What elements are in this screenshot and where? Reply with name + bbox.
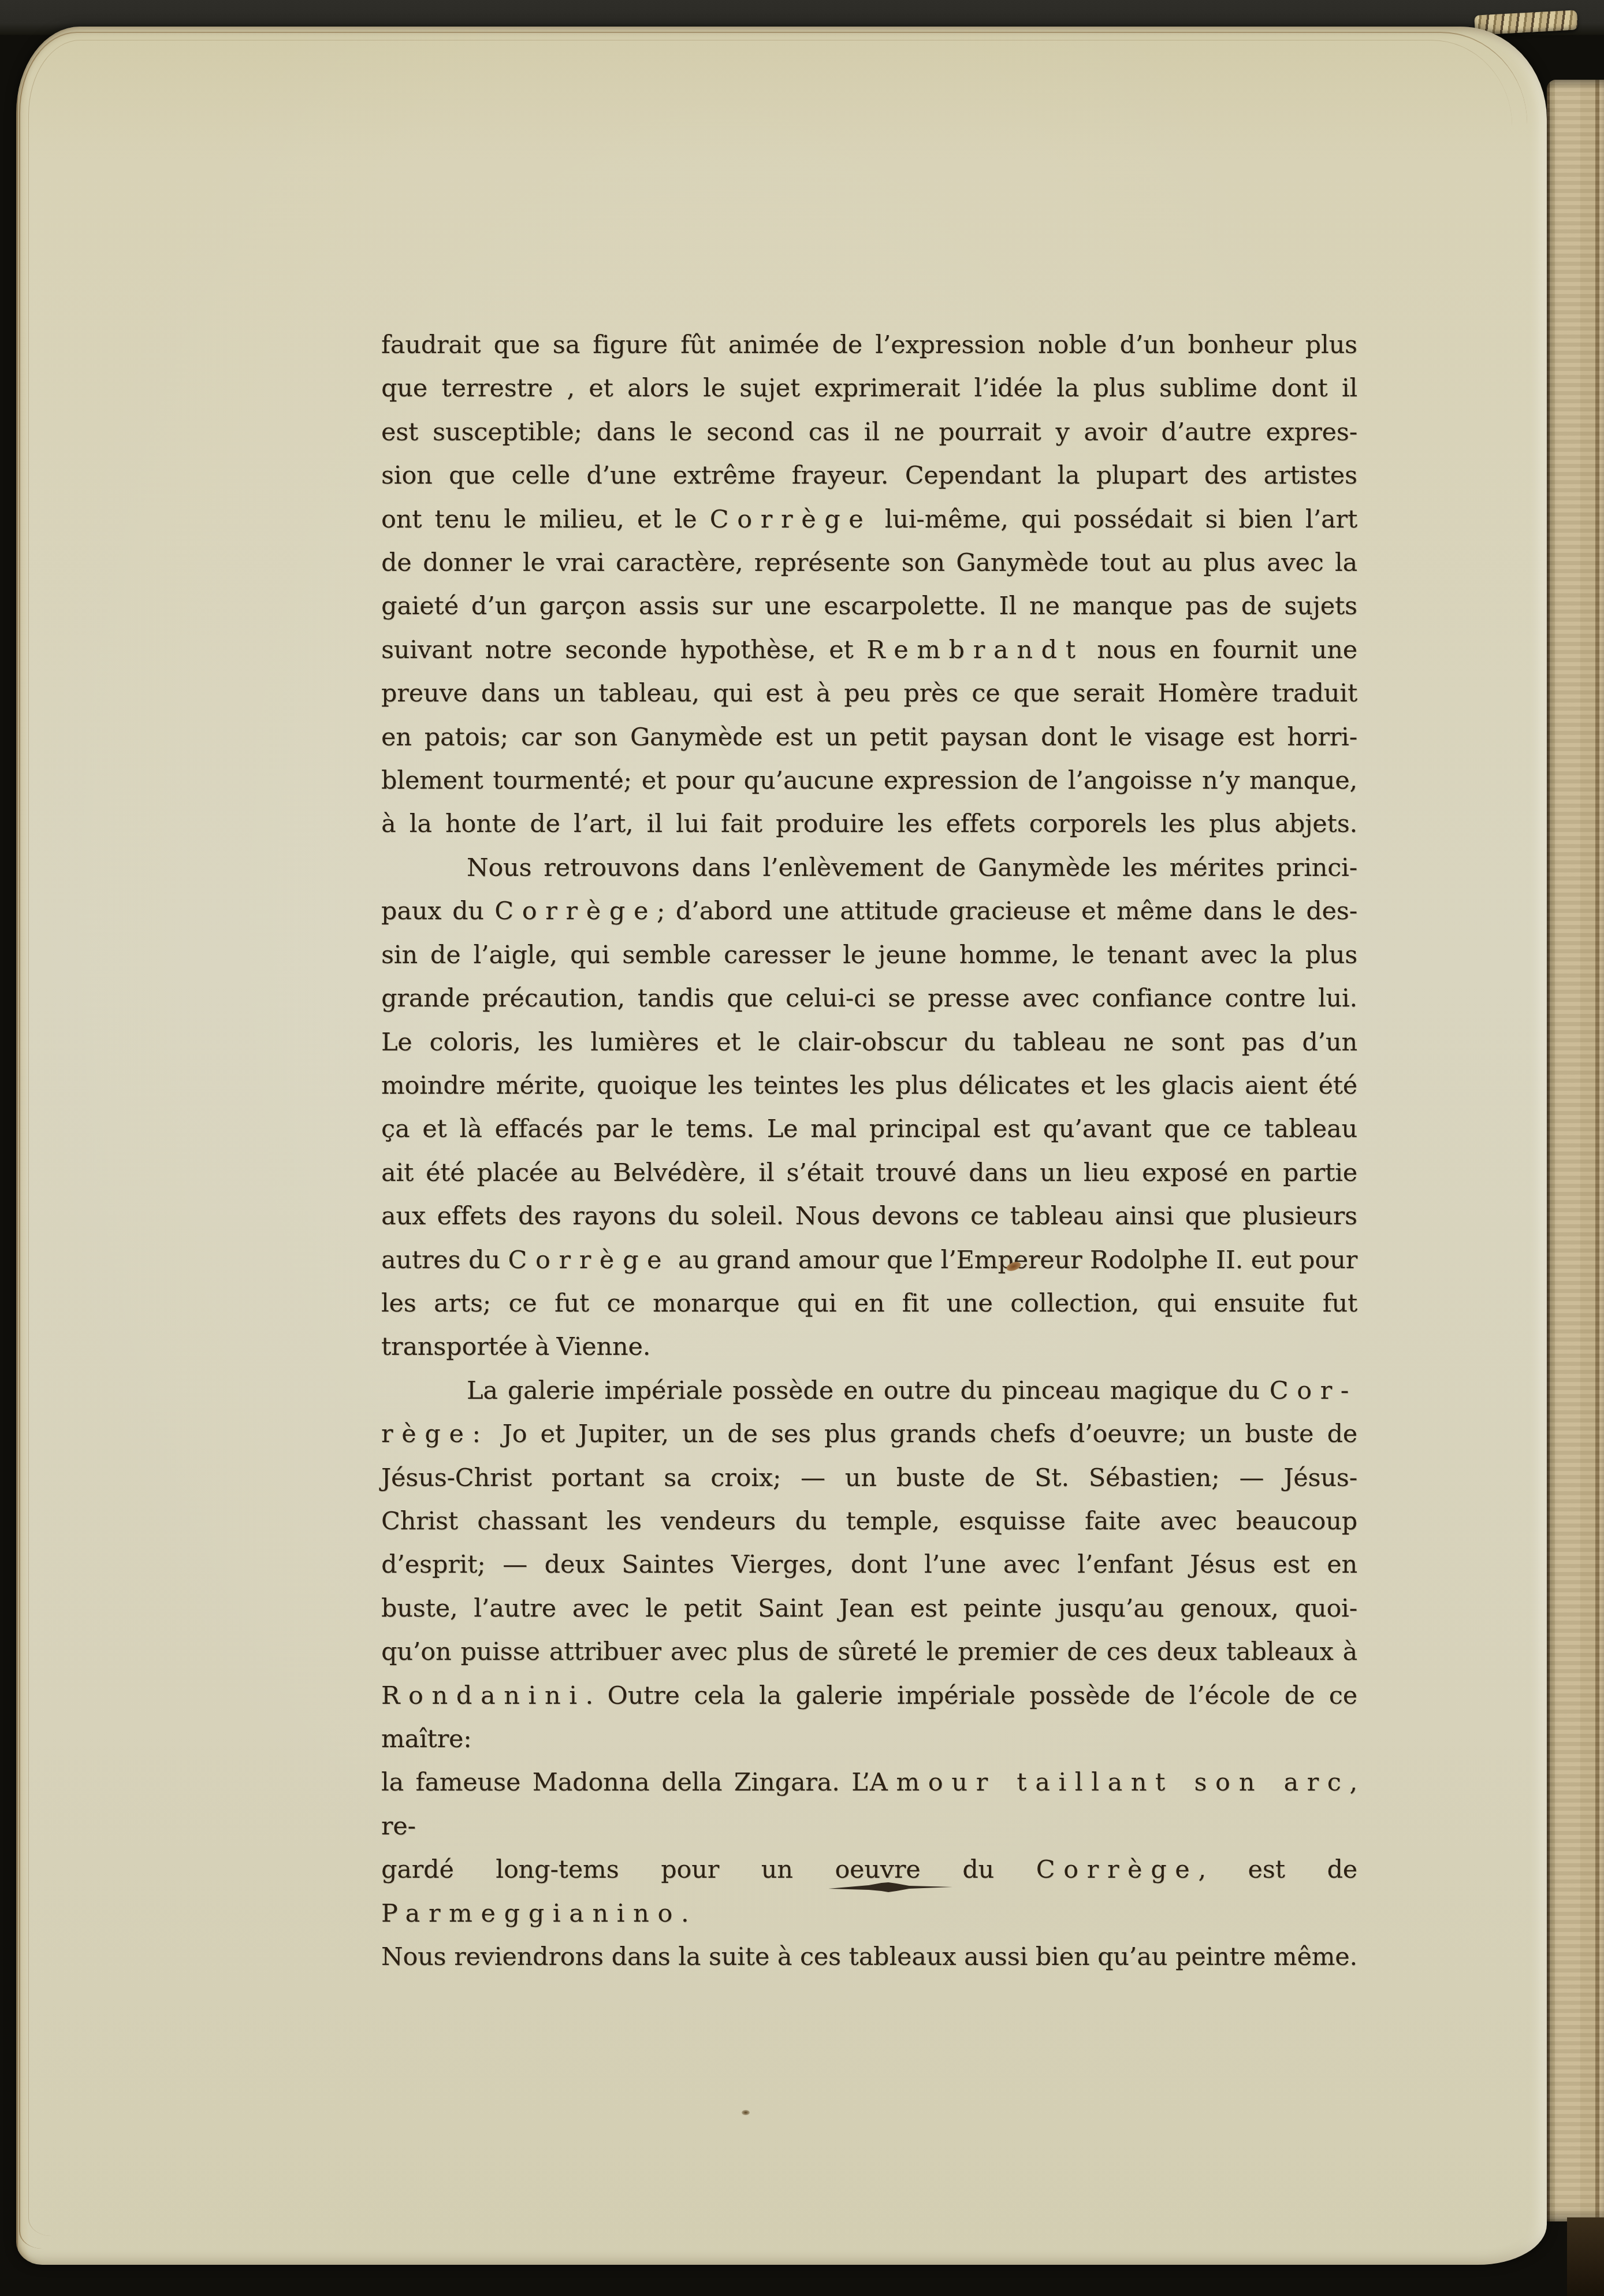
text-line: en patois; car son Ganymède est un petit… [381, 716, 1357, 759]
paper-blemish [742, 2110, 750, 2115]
fore-edge-page-stack [1547, 80, 1604, 2221]
letterspaced-name: Corrège [508, 1246, 670, 1275]
text-line: autres du Corrège au grand amour que l’E… [381, 1239, 1357, 1282]
text-line: ça et là effacés par le tems. Le mal pri… [381, 1108, 1357, 1151]
text-line: Christ chassant les vendeurs du temple, … [381, 1500, 1357, 1543]
text-line: la fameuse Madonna della Zingara. L’Amou… [381, 1761, 1357, 1848]
letterspaced-name: rège: [381, 1420, 489, 1448]
text-line: ait été placée au Belvédère, il s’était … [381, 1151, 1357, 1195]
text-line: faudrait que sa figure fût animée de l’e… [381, 324, 1357, 367]
text-line: Nous reviendrons dans la suite à ces tab… [381, 1935, 1357, 1979]
text-line: à la honte de l’art, il lui fait produir… [381, 803, 1357, 846]
text-line: sion que celle d’une extrême frayeur. Ce… [381, 454, 1357, 497]
letterspaced-name: Corrège [494, 897, 657, 926]
text-line: qu’on puisse attribuer avec plus de sûre… [381, 1630, 1357, 1674]
text-line: La galerie impériale possède en outre du… [381, 1369, 1357, 1413]
headband-threads [1474, 10, 1578, 35]
letterspaced-name: Parmeggianino [381, 1899, 681, 1928]
text-line: Jésus-Christ portant sa croix; — un bust… [381, 1457, 1357, 1500]
text-line: blement tourmenté; et pour qu’aucune exp… [381, 759, 1357, 803]
text-line: Nous retrouvons dans l’enlèvement de Gan… [381, 846, 1357, 890]
text-line: moindre mérite, quoique les teintes les … [381, 1064, 1357, 1108]
text-line: d’esprit; — deux Saintes Vierges, dont l… [381, 1543, 1357, 1587]
letterspaced-name: Rembrandt [866, 636, 1084, 664]
book-photo-background: { "document": { "language": "fr", "descr… [0, 0, 1604, 2296]
letterspaced-name: Corrège [710, 505, 872, 534]
text-line: sin de l’aigle, qui semble caresser le j… [381, 934, 1357, 977]
letterspaced-name: Rondanini [381, 1681, 586, 1710]
paragraph-2: Nous retrouvons dans l’enlèvement de Gan… [381, 846, 1357, 1369]
text-line: buste, l’autre avec le petit Saint Jean … [381, 1587, 1357, 1630]
swelled-rule-divider [828, 1882, 952, 1893]
text-line: suivant notre seconde hypothèse, et Remb… [381, 629, 1357, 672]
text-line: que terrestre , et alors le sujet exprim… [381, 367, 1357, 410]
letterspaced-name: Cor- [1270, 1376, 1357, 1405]
book-page: faudrait que sa figure fût animée de l’e… [16, 27, 1547, 2265]
text-line: les arts; ce fut ce monarque qui en fit … [381, 1282, 1357, 1325]
text-line: est susceptible; dans le second cas il n… [381, 411, 1357, 454]
text-line: Le coloris, les lumières et le clair-obs… [381, 1021, 1357, 1064]
text-block: faudrait que sa figure fût animée de l’e… [381, 27, 1357, 1979]
text-line: rège: Jo et Jupiter, un de ses plus gran… [381, 1413, 1357, 1456]
letterspaced-name: Amour taillant son arc [870, 1768, 1350, 1797]
text-line: transportée à Vienne. [381, 1325, 1357, 1369]
text-line: preuve dans un tableau, qui est à peu pr… [381, 672, 1357, 715]
letterspaced-name: Corrège [1036, 1855, 1199, 1884]
text-line: ont tenu le milieu, et le Corrège lui-mê… [381, 498, 1357, 541]
text-line: gaieté d’un garçon assis sur une escarpo… [381, 585, 1357, 628]
text-line: aux effets des rayons du soleil. Nous de… [381, 1195, 1357, 1238]
paragraph-1: faudrait que sa figure fût animée de l’e… [381, 324, 1357, 846]
text-line: Rondanini. Outre cela la galerie impéria… [381, 1674, 1357, 1762]
fore-edge-shadow [1567, 2217, 1604, 2296]
text-line: grande précaution, tandis que celui-ci s… [381, 977, 1357, 1020]
text-line: de donner le vrai caractère, représente … [381, 541, 1357, 585]
text-line: paux du Corrège; d’abord une attitude gr… [381, 890, 1357, 933]
